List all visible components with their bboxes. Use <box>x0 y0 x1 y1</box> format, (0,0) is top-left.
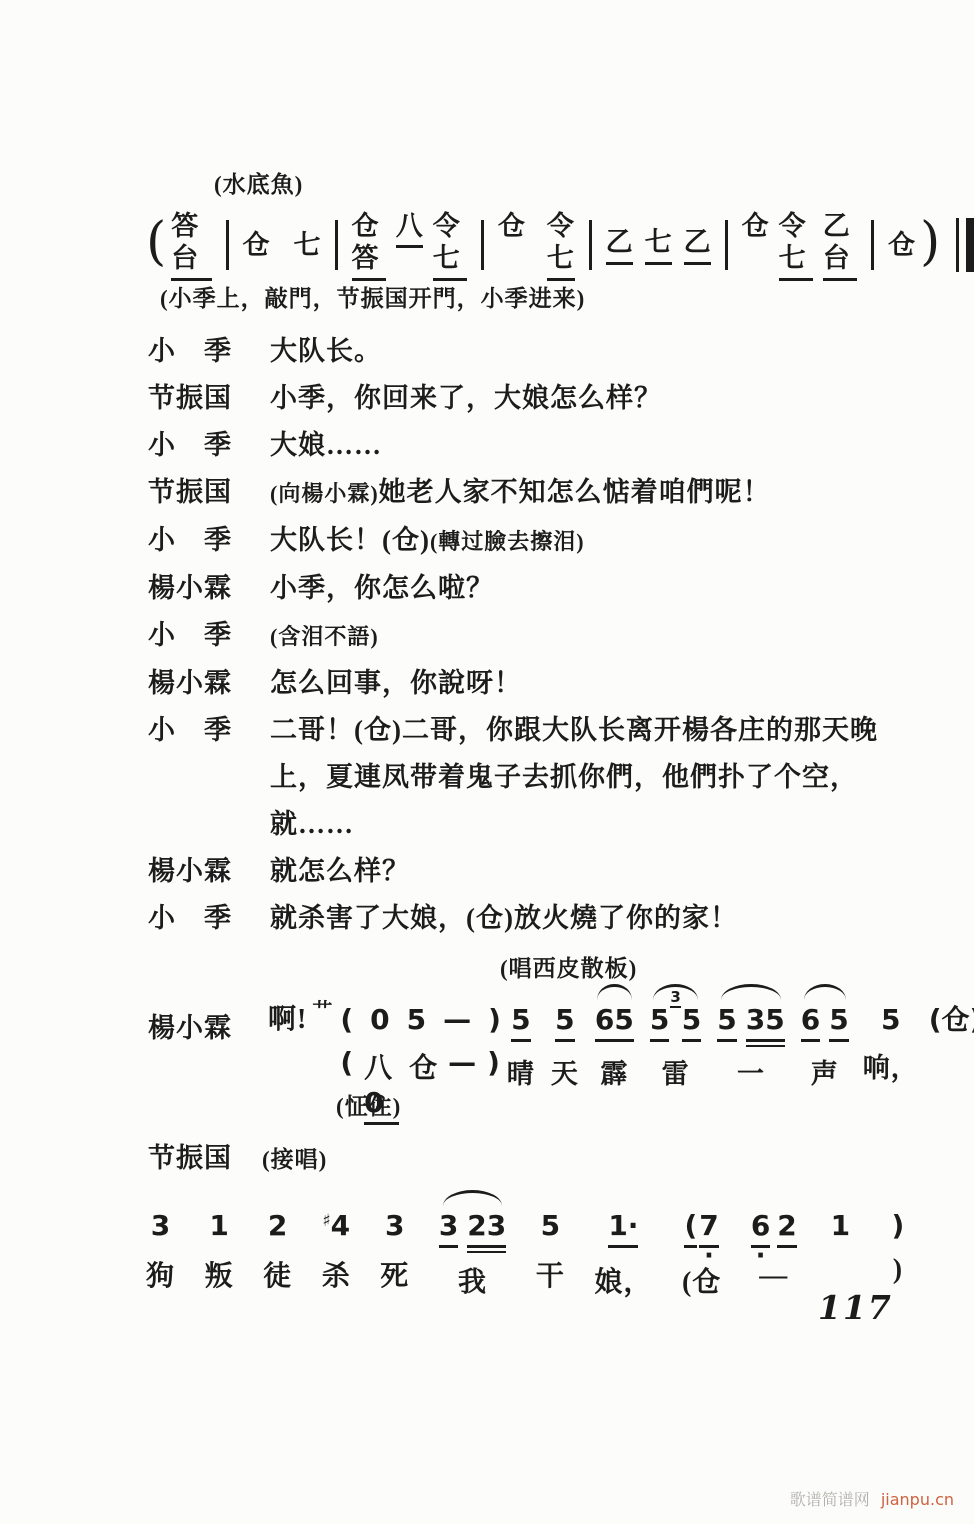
percussion-measure: 仓答八令七 <box>347 210 472 281</box>
dialogue-segment: 小季，你怎么啦？ <box>270 573 494 603</box>
note-token: 乙 <box>684 226 711 264</box>
stage-direction-entrance: (小季上，敲門，节振国开門，小季进来) <box>160 280 585 313</box>
note-token: 乙台 <box>823 210 857 281</box>
note-token: 艹 <box>312 999 332 1022</box>
sing-cue-label: (接唱) <box>262 1141 327 1174</box>
note-token: 2 <box>777 1210 796 1248</box>
note-token: 仓答 <box>352 210 386 281</box>
notation-column: 1叛 <box>205 1190 234 1294</box>
notation-column: 5干 <box>536 1190 565 1294</box>
lyric-syllable: (仓 <box>682 1260 721 1300</box>
note-token: 啊! <box>268 1004 307 1036</box>
dialogue-segment: 就杀害了大娘，(仓)放火燒了你的家！ <box>270 903 738 933</box>
notation-column: 5天 <box>551 984 579 1091</box>
note-token: 令七 <box>779 210 813 281</box>
dialogue-block: 小 季大队长。节振国小季，你回来了，大娘怎么样？小 季大娘……节振国(向楊小霖)… <box>148 328 923 942</box>
barline <box>335 220 338 270</box>
note-group: 啊!艹 <box>268 1004 332 1036</box>
notation-column: 3狗 <box>146 1190 175 1294</box>
dialogue-text: (向楊小霖)她老人家不知怎么惦着咱們呢！ <box>270 469 771 517</box>
percussion-pattern-label: (水底魚) <box>214 166 303 199</box>
note-token: 1 <box>831 1210 850 1242</box>
speaker-label: 楊小霖 <box>148 660 248 707</box>
notation-column: (7(仓 <box>682 1190 721 1300</box>
percussion-line: (答台仓七仓答八令七仓令七乙七乙仓令七乙台仓) <box>146 210 974 281</box>
watermark: 歌谱简谱网 jianpu.cn <box>790 1487 954 1510</box>
aria-xiaolin: (唱西皮散板) 楊小霖 啊!艹(05—)(八0仓—)5晴5天65霹535雷535… <box>148 950 948 1130</box>
dialogue-row: 小 季大娘…… <box>148 422 923 469</box>
percussion-measure: 仓令七乙台 <box>737 210 862 281</box>
tie-arc <box>721 984 780 1000</box>
speaker-label: 小 季 <box>148 895 248 942</box>
note-token: ( <box>340 1046 354 1079</box>
note-token: 七 <box>294 229 321 261</box>
note-group: ) <box>891 1210 904 1242</box>
dialogue-segment: 就怎么样？ <box>270 856 410 886</box>
note-group: (05—) <box>340 1004 501 1036</box>
dialogue-row: 小 季大队长。 <box>148 328 923 375</box>
note-token: 5 <box>829 1004 848 1042</box>
note-group: (仓) <box>929 1004 974 1036</box>
barline <box>589 220 592 270</box>
note-token: 23 <box>467 1210 506 1248</box>
dialogue-text: 大娘…… <box>270 422 382 469</box>
dialogue-text: 小季，你回来了，大娘怎么样？ <box>270 375 662 422</box>
note-group: 3 <box>151 1210 170 1242</box>
note-token: 答台 <box>171 210 211 281</box>
dialogue-segment: 大队长。 <box>270 336 382 366</box>
note-token: — <box>443 1004 471 1036</box>
barline <box>725 220 728 270</box>
note-token: 65 <box>595 1004 634 1042</box>
lyric-syllable: 干 <box>536 1254 565 1294</box>
lyric-syllable: 声 <box>811 1052 839 1091</box>
speaker-label: 节振国 <box>148 375 248 422</box>
note-token: 35 <box>746 1004 785 1042</box>
dialogue-row: 小 季二哥！(仓)二哥，你跟大队长离开楊各庄的那天晚 上，夏連凤带着鬼子去抓你們… <box>148 707 923 848</box>
lyric-syllable: 霹 <box>600 1052 628 1091</box>
dialogue-row: 小 季(含泪不語) <box>148 612 923 660</box>
notation-column: 5响， <box>863 984 919 1085</box>
percussion-measure: 乙七乙 <box>601 226 716 264</box>
dialogue-segment: 大娘…… <box>270 430 382 460</box>
notation-column: 2徒 <box>263 1190 292 1294</box>
aria-jiezhen-cue: 节振国 (接唱) <box>148 1136 327 1175</box>
speaker-label: 楊小霖 <box>148 1006 232 1045</box>
dialogue-row: 节振国(向楊小霖)她老人家不知怎么惦着咱們呢！ <box>148 469 923 517</box>
note-token: ( <box>340 1004 353 1036</box>
speaker-label: 节振国 <box>148 1136 232 1175</box>
open-paren: ( <box>146 217 166 267</box>
dialogue-segment: 小季，你回来了，大娘怎么样？ <box>270 383 662 413</box>
note-group: 5 <box>555 1004 574 1042</box>
lyric-syllable: ) <box>893 1254 903 1290</box>
dialogue-row: 楊小霖就怎么样？ <box>148 848 923 895</box>
lyric-syllable: 狗 <box>146 1254 175 1294</box>
aria-style-label: (唱西皮散板) <box>500 950 637 983</box>
stage-direction-freeze: (怔住) <box>336 1088 401 1121</box>
lyric-syllable: 徒 <box>263 1254 292 1294</box>
notation-column: 1 <box>826 1190 854 1290</box>
tie-arc <box>597 984 631 1000</box>
note-token: 令七 <box>433 210 467 281</box>
note-group: 1 <box>209 1210 228 1242</box>
notation-column: 3死 <box>380 1190 409 1294</box>
dialogue-segment: 二哥！(仓)二哥，你跟大队长离开楊各庄的那天晚 上，夏連凤带着鬼子去抓你們，他們… <box>270 715 878 839</box>
note-token: 1· <box>608 1210 638 1248</box>
speaker-label: 小 季 <box>148 517 248 564</box>
note-token: 令七 <box>547 210 575 281</box>
page-number: 117 <box>818 1288 893 1327</box>
note-group: 5 <box>881 1004 900 1036</box>
note-token: 仓 <box>888 229 915 261</box>
note-group: 3 <box>385 1210 404 1242</box>
dialogue-text: 大队长。 <box>270 328 382 375</box>
percussion-measure: 答台 <box>166 210 216 281</box>
tie-arc <box>804 984 846 1000</box>
note-token: 6 <box>751 1210 770 1248</box>
note-token: 7 <box>699 1210 718 1248</box>
notation-row: 啊!艹(05—)(八0仓—)5晴5天65霹535雷535一65声5响，(仓) <box>148 984 948 1125</box>
barline <box>226 220 229 270</box>
stage-direction-inline: (轉过臉去擦泪) <box>430 529 585 554</box>
notation-column: 1·娘， <box>594 1190 652 1300</box>
note-token: 仓 <box>409 1046 438 1086</box>
note-group: 535 <box>650 1004 701 1042</box>
note-group: (7 <box>684 1210 718 1248</box>
dialogue-text: (含泪不語) <box>270 612 379 660</box>
dialogue-row: 小 季就杀害了大娘，(仓)放火燒了你的家！ <box>148 895 923 942</box>
note-token: 3 <box>670 989 680 1008</box>
note-token: 5 <box>650 1004 669 1042</box>
notation-row: 3狗1叛2徒♯4杀3死323我5干1·娘，(7(仓62—1)) <box>146 1190 912 1300</box>
note-token: (仓) <box>929 1004 974 1036</box>
watermark-site-name: 歌谱简谱网 <box>790 1490 870 1509</box>
note-group: ♯4 <box>322 1210 350 1242</box>
dialogue-segment: 大队长！(仓) <box>270 525 430 555</box>
dialogue-text: 二哥！(仓)二哥，你跟大队长离开楊各庄的那天晚 上，夏連凤带着鬼子去抓你們，他們… <box>270 707 878 848</box>
sharp-sign: ♯ <box>322 1211 330 1231</box>
note-token: ) <box>488 1004 501 1036</box>
speaker-label: 楊小霖 <box>148 848 248 895</box>
lyric-syllable: 响， <box>863 1046 919 1085</box>
barline <box>481 220 484 270</box>
note-token: 5 <box>407 1004 426 1036</box>
aria-jiezhen: 3狗1叛2徒♯4杀3死323我5干1·娘，(7(仓62—1)) <box>146 1190 912 1300</box>
note-token: 仓 <box>498 210 525 242</box>
note-token: ♯4 <box>322 1210 350 1242</box>
note-token: 5 <box>881 1004 900 1036</box>
stage-direction-inline: (含泪不語) <box>270 624 379 649</box>
dialogue-row: 节振国小季，你回来了，大娘怎么样？ <box>148 375 923 422</box>
lyric-syllable: 一 <box>737 1052 765 1091</box>
tie-arc <box>443 1190 502 1206</box>
note-token: 5 <box>555 1004 574 1042</box>
notation-column: )) <box>884 1190 912 1290</box>
dialogue-text: 小季，你怎么啦？ <box>270 565 494 612</box>
note-group: 2 <box>268 1210 287 1242</box>
dialogue-segment: 怎么回事，你說呀！ <box>270 668 522 698</box>
note-token: 八 <box>396 210 423 248</box>
dialogue-text: 怎么回事，你說呀！ <box>270 660 522 707</box>
notation-column: 535雷 <box>650 984 701 1091</box>
notation-column: 323我 <box>439 1190 506 1300</box>
lyric-syllable: 叛 <box>205 1254 234 1294</box>
lyric-syllable: 天 <box>551 1052 579 1091</box>
note-token: 5 <box>511 1004 530 1042</box>
lyric-syllable: 娘， <box>594 1260 652 1300</box>
barline <box>871 220 874 270</box>
lyric-syllable: 死 <box>380 1254 409 1294</box>
note-token: ) <box>891 1210 904 1242</box>
dialogue-text: 就怎么样？ <box>270 848 410 895</box>
notation-column: (仓) <box>929 984 974 1082</box>
lyric-syllable: 我 <box>458 1260 487 1300</box>
note-token: 3 <box>439 1210 458 1248</box>
close-paren: ) <box>920 217 940 267</box>
speaker-label: 小 季 <box>148 328 248 375</box>
note-token: ) <box>487 1046 501 1079</box>
note-group: 65 <box>801 1004 849 1042</box>
note-group: 1 <box>831 1210 850 1242</box>
percussion-measure: 仓 <box>883 229 920 261</box>
dialogue-row: 楊小霖怎么回事，你說呀！ <box>148 660 923 707</box>
notation-column: 5晴 <box>507 984 535 1091</box>
dialogue-row: 小 季大队长！(仓)(轉过臉去擦泪) <box>148 517 923 565</box>
notation-column: 535一 <box>717 984 784 1091</box>
final-barline <box>956 218 974 272</box>
lyric-syllable: 晴 <box>507 1052 535 1091</box>
note-token: 0 <box>370 1004 389 1036</box>
notation-column: 啊!艹 <box>268 984 332 1082</box>
speaker-label: 楊小霖 <box>148 565 248 612</box>
note-token: 3 <box>385 1210 404 1242</box>
notation-column: 62— <box>751 1190 797 1296</box>
dialogue-text: 大队长！(仓)(轉过臉去擦泪) <box>270 517 585 565</box>
dialogue-segment: 她老人家不知怎么惦着咱們呢！ <box>379 477 771 507</box>
note-token: 仓 <box>742 210 769 242</box>
note-group: 535 <box>717 1004 784 1042</box>
watermark-site-url: jianpu.cn <box>881 1490 954 1509</box>
notation-column: 65声 <box>801 984 849 1091</box>
percussion-measure: 仓令七 <box>493 210 580 281</box>
note-group: 65 <box>595 1004 634 1042</box>
note-token: 仓 <box>243 229 270 261</box>
note-group: 323 <box>439 1210 506 1248</box>
lyric-syllable: 雷 <box>662 1052 690 1091</box>
note-token: 3 <box>151 1210 170 1242</box>
note-token: 5 <box>541 1210 560 1242</box>
notation-column: 65霹 <box>595 984 634 1091</box>
note-token: 5 <box>717 1004 736 1042</box>
dialogue-text: 就杀害了大娘，(仓)放火燒了你的家！ <box>270 895 738 942</box>
note-token: — <box>448 1046 477 1079</box>
note-token: 七 <box>645 226 672 264</box>
note-token: 5 <box>682 1004 701 1042</box>
speaker-label: 小 季 <box>148 612 248 659</box>
note-token: 6 <box>801 1004 820 1042</box>
note-token: 乙 <box>606 226 633 264</box>
note-group: 5 <box>541 1210 560 1242</box>
dialogue-row: 楊小霖小季，你怎么啦？ <box>148 565 923 612</box>
note-group: 1· <box>608 1210 638 1248</box>
speaker-label: 小 季 <box>148 422 248 469</box>
lyric-syllable: 杀 <box>322 1254 351 1294</box>
stage-direction-inline: (向楊小霖) <box>270 481 379 506</box>
note-token: 2 <box>268 1210 287 1242</box>
note-group: 62 <box>751 1210 797 1248</box>
score-page: (水底魚) (答台仓七仓答八令七仓令七乙七乙仓令七乙台仓) (小季上，敲門，节振… <box>0 0 974 1524</box>
notation-column: ♯4杀 <box>322 1190 351 1294</box>
note-token: 1 <box>209 1210 228 1242</box>
percussion-measure: 仓七 <box>238 229 326 261</box>
speaker-label: 节振国 <box>148 469 248 516</box>
note-token: ( <box>684 1210 697 1248</box>
speaker-label: 小 季 <box>148 707 248 754</box>
note-group: 5 <box>511 1004 530 1042</box>
